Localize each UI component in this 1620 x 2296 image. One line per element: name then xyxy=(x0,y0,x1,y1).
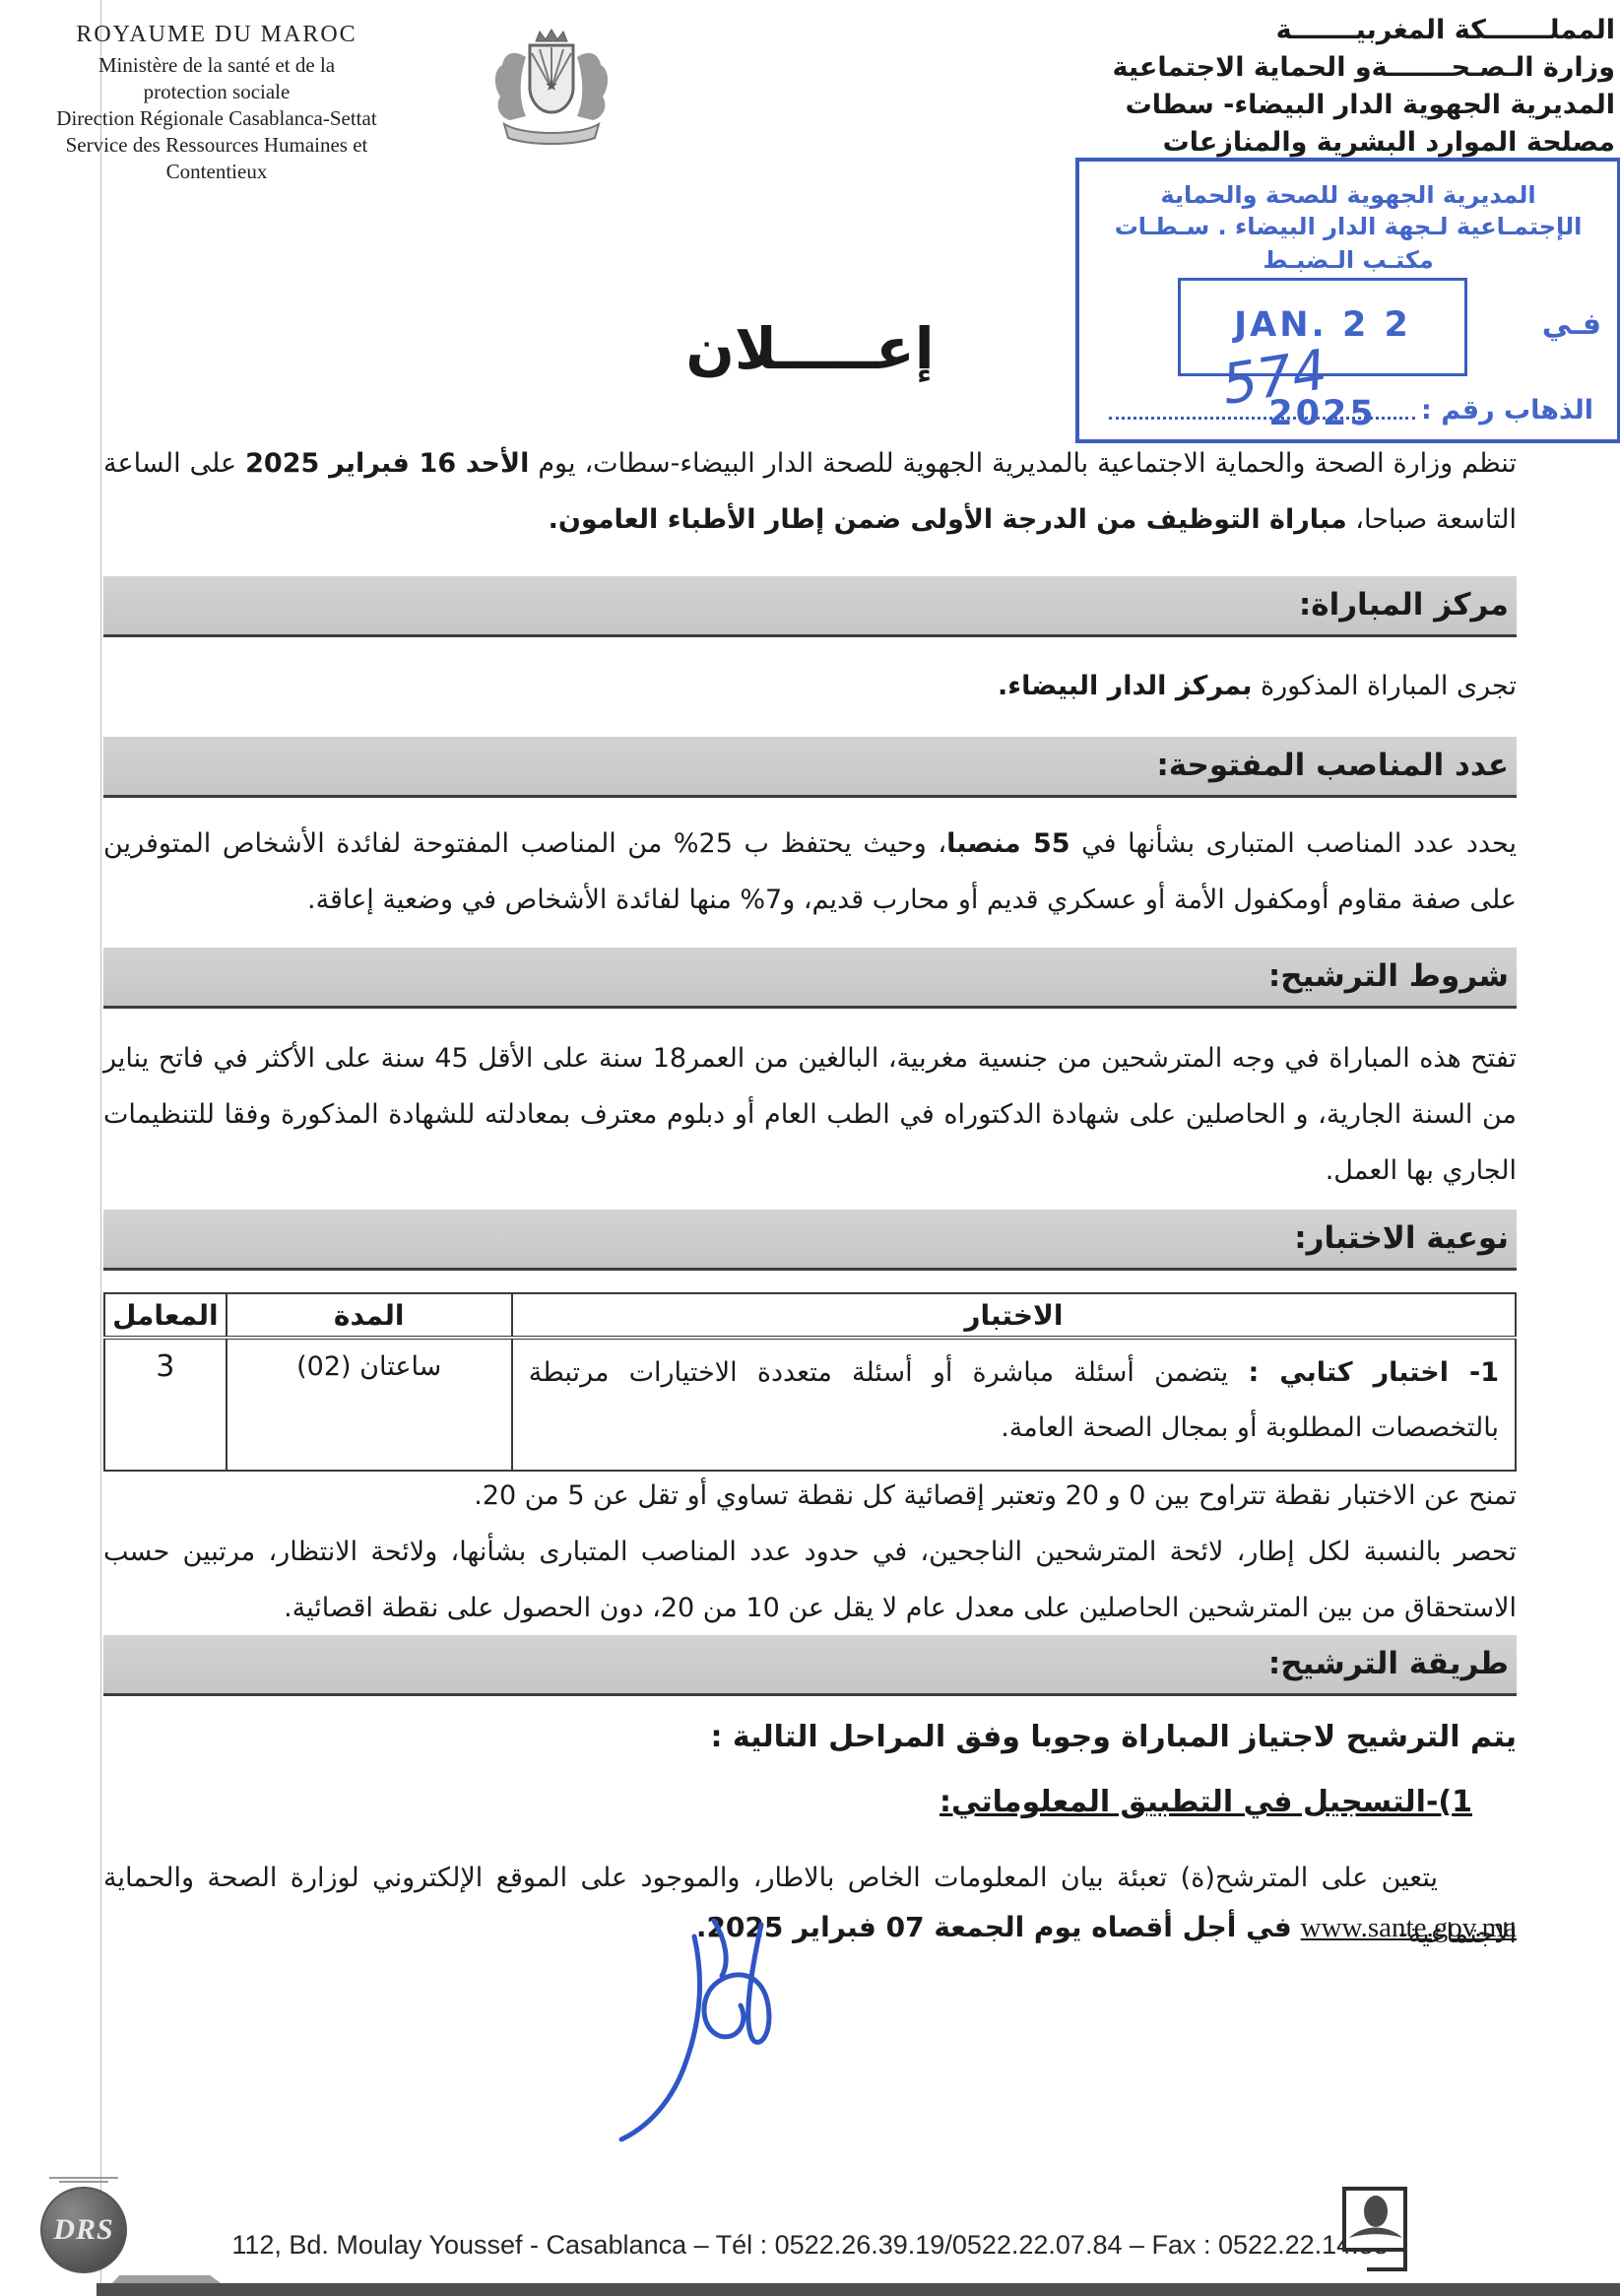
conditions-paragraph: تفتح هذه المباراة في وجه المترشحين من جن… xyxy=(103,1030,1517,1199)
exam-table-header-row: الاختبار المدة المعامل xyxy=(104,1293,1516,1338)
service-ar-line: مصلحة الموارد البشرية والمنازعات xyxy=(1024,124,1615,162)
exam-coefficient-cell: 3 xyxy=(104,1338,227,1471)
intro-date-bold: الأحد 16 فبراير 2025 xyxy=(245,448,529,479)
stamp-line: مكتـب الـضبـط xyxy=(1079,246,1617,274)
ministry-logo-icon xyxy=(1339,2185,1420,2273)
exam-note-1: تمنح عن الاختبار نقطة تتراوح بين 0 و 20 … xyxy=(474,1480,1517,1511)
section-header-posts: عدد المناصب المفتوحة: xyxy=(103,737,1517,798)
section-header-exam: نوعية الاختبار: xyxy=(103,1210,1517,1271)
intro-exam-bold: مباراة التوظيف من الدرجة الأولى ضمن إطار… xyxy=(549,504,1347,535)
drs-logo-tiny-text xyxy=(59,2181,108,2183)
kingdom-title-fr: ROYAUME DU MAROC xyxy=(49,22,384,48)
exam-description-cell: 1- اختبار كتابي : يتضمن أسئلة مباشرة أو … xyxy=(512,1338,1516,1471)
stamp-in-label: فـي xyxy=(1542,307,1601,342)
exam-notes: تمنح عن الاختبار نقطة تتراوح بين 0 و 20 … xyxy=(103,1468,1517,1636)
coat-of-arms-icon xyxy=(475,28,628,146)
posts-text: يحدد عدد المناصب المتبارى بشأنها في xyxy=(1070,828,1517,859)
posts-paragraph: يحدد عدد المناصب المتبارى بشأنها في 55 م… xyxy=(103,816,1517,928)
service-fr-line2: Contentieux xyxy=(49,159,384,185)
section-title: عدد المناصب المفتوحة: xyxy=(1156,748,1509,783)
section-title: مركز المباراة: xyxy=(1299,587,1509,623)
exam-type-bold: 1- اختبار كتابي : xyxy=(1248,1357,1499,1388)
center-text: تجرى المباراة المذكورة xyxy=(1252,671,1517,701)
center-paragraph: تجرى المباراة المذكورة بمركز الدار البيض… xyxy=(103,658,1517,714)
ministry-fr-line: protection sociale xyxy=(49,79,384,105)
exam-duration-cell: ساعتان (02) xyxy=(227,1338,512,1471)
signature-icon xyxy=(596,1911,812,2147)
exam-note-2: تحصر بالنسبة لكل إطار، لائحة المترشحين ا… xyxy=(103,1537,1517,1623)
exam-table: الاختبار المدة المعامل 1- اختبار كتابي :… xyxy=(103,1292,1517,1472)
stamp-number-row: الذهاب رقم : 574 xyxy=(1109,390,1593,426)
service-fr-line: Service des Ressources Humaines et xyxy=(49,132,384,159)
exam-table-row: 1- اختبار كتابي : يتضمن أسئلة مباشرة أو … xyxy=(104,1338,1516,1471)
ministry-fr-line: Ministère de la santé et de la xyxy=(49,52,384,79)
direction-ar-line: المديرية الجهوية الدار البيضاء- سطات xyxy=(1024,87,1615,124)
center-city-bold: بمركز الدار البيضاء. xyxy=(998,671,1252,701)
drs-logo-icon: DRS xyxy=(30,2175,138,2283)
table-header-coefficient: المعامل xyxy=(104,1293,227,1338)
section-title: طريقة الترشيح: xyxy=(1268,1646,1509,1681)
stamp-line: المديرية الجهوية للصحة والحماية xyxy=(1079,181,1617,209)
posts-count-bold: 55 منصبا xyxy=(946,828,1069,859)
stamp-line: الإجتمـاعية لـجهة الدار البيضاء . سـطـات xyxy=(1079,213,1617,240)
section-header-conditions: شروط الترشيح: xyxy=(103,948,1517,1009)
kingdom-title-ar: المملـــــــكة المغربيـــــــة xyxy=(1024,12,1615,49)
section-title: نوعية الاختبار: xyxy=(1294,1220,1509,1256)
registry-stamp: المديرية الجهوية للصحة والحماية الإجتمـا… xyxy=(1075,158,1620,443)
stamp-number-label: الذهاب رقم : xyxy=(1421,395,1593,426)
section-header-method: طريقة الترشيح: xyxy=(103,1635,1517,1696)
method-lead: يتم الترشيح لاجتياز المباراة وجوبا وفق ا… xyxy=(103,1720,1517,1754)
direction-fr-line: Direction Régionale Casablanca-Settat xyxy=(49,105,384,132)
section-header-center: مركز المباراة: xyxy=(103,576,1517,637)
document-page: ROYAUME DU MAROC Ministère de la santé e… xyxy=(0,0,1620,2296)
section-title: شروط الترشيح: xyxy=(1268,958,1509,994)
letterhead-french: ROYAUME DU MAROC Ministère de la santé e… xyxy=(49,22,384,185)
table-header-duration: المدة xyxy=(227,1293,512,1338)
drs-logo-tiny-text xyxy=(49,2177,118,2179)
stamp-dotted-line: 574 xyxy=(1109,390,1415,420)
letterhead-arabic: المملـــــــكة المغربيـــــــة وزارة الـ… xyxy=(1024,12,1615,162)
table-header-exam: الاختبار xyxy=(512,1293,1516,1338)
scan-strip-bottom xyxy=(97,2283,1620,2296)
ministry-website-link: www.sante.gov.ma xyxy=(1301,1912,1517,1943)
method-step1-title: 1)-التسجيل في التطبيق المعلوماتي: xyxy=(103,1785,1472,1819)
ministry-ar-line: وزارة الـصـحـــــــةو الحماية الاجتماعية xyxy=(1024,49,1615,87)
